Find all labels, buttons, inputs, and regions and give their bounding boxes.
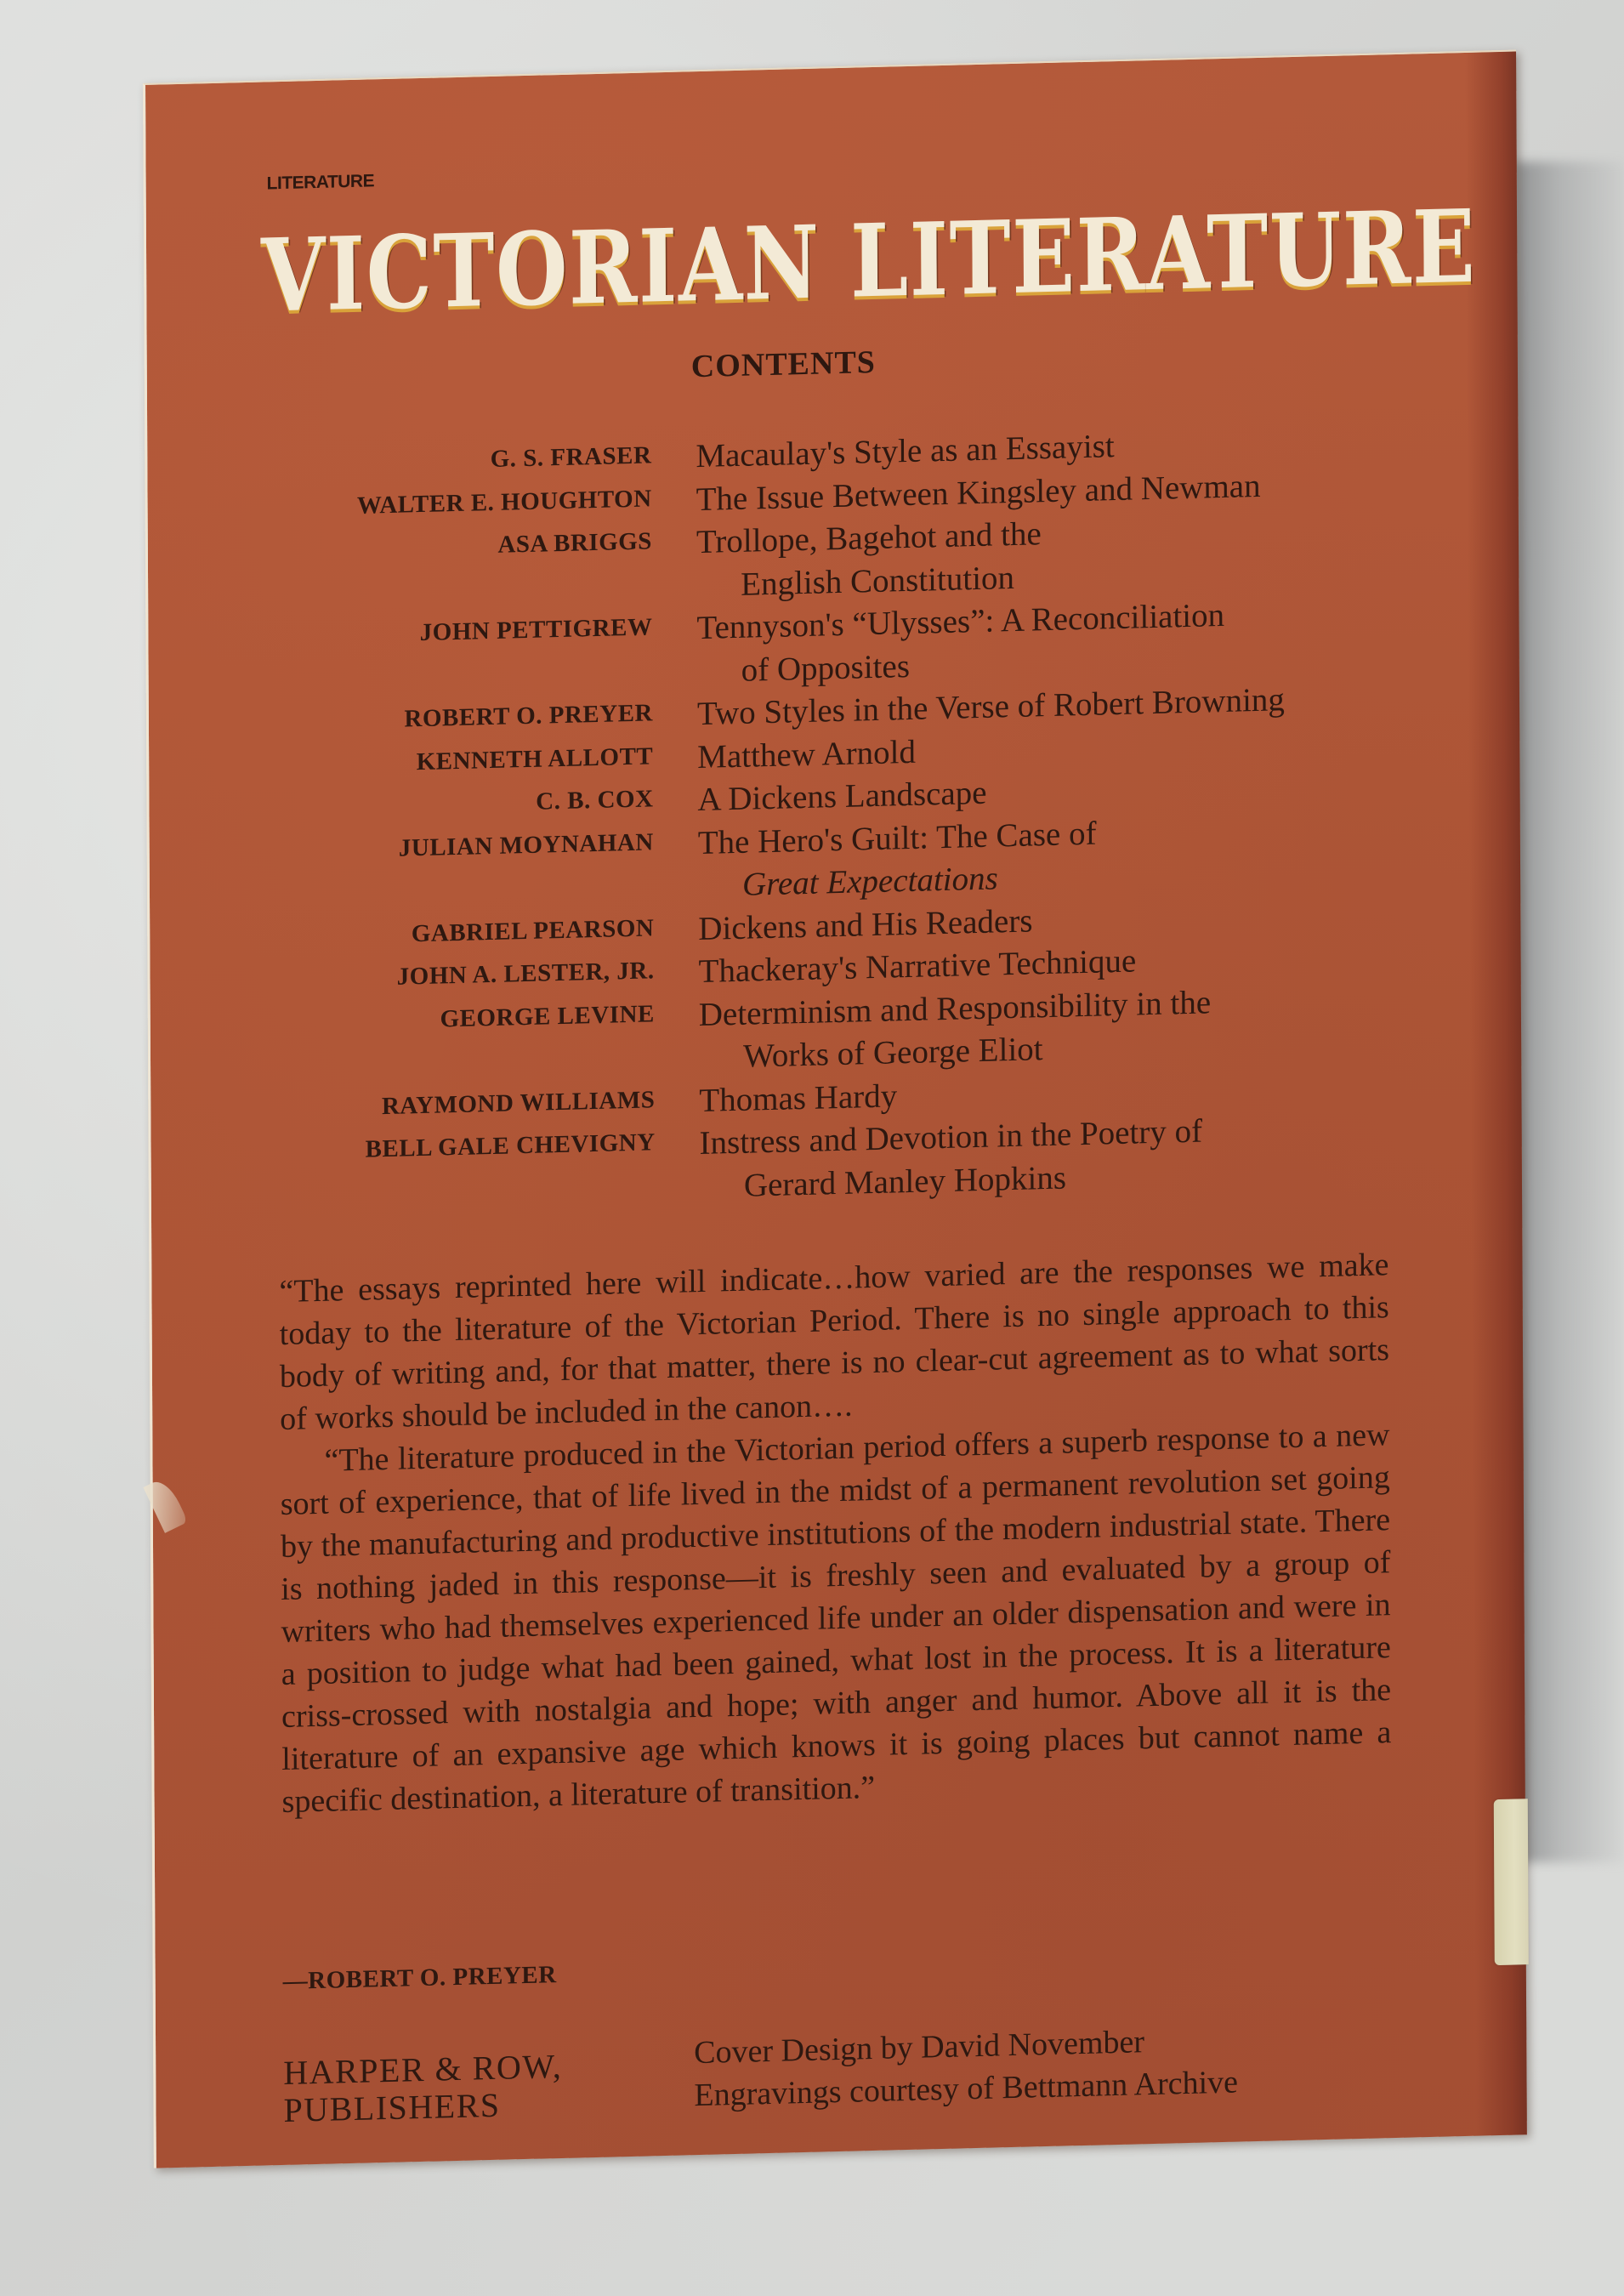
quote-paragraph-2: “The literature produced in the Victoria… [280, 1413, 1391, 1823]
toc-title-line: A Dickens Landscape [697, 775, 986, 818]
toc-title-line: Macaulay's Style as an Essayist [696, 428, 1114, 475]
toc-title-line: Dickens and His Readers [698, 902, 1032, 947]
toc-title-line: The Hero's Guilt: The Case of [698, 815, 1097, 861]
toc-title-line: Thackeray's Narrative Technique [698, 942, 1136, 990]
toc-author: G. S. Fraser [147, 436, 651, 481]
library-label-sticker [1494, 1799, 1529, 1965]
publisher-imprint: Harper & Row, Publishers [283, 2048, 563, 2129]
table-of-contents: G. S. Fraser Macaulay's Style as an Essa… [147, 416, 1512, 1222]
book-back-cover: LITERATURE VICTORIAN LITERATURE CONTENTS… [143, 50, 1527, 2168]
series-label: LITERATURE [267, 171, 375, 194]
blurb-quote: “The essays reprinted here will indicate… [279, 1243, 1391, 1823]
toc-title-line: Trollope, Bagehot and the [696, 515, 1042, 560]
book-title: VICTORIAN LITERATURE [261, 192, 1252, 334]
toc-title: Instress and Devotion in the Poetry ofGe… [699, 1104, 1465, 1208]
quote-attribution: —ROBERT O. PREYER [283, 1961, 557, 1996]
toc-title-line: Matthew Arnold [697, 733, 916, 775]
quote-paragraph-1: “The essays reprinted here will indicate… [279, 1243, 1389, 1441]
contents-heading: CONTENTS [691, 344, 876, 385]
toc-title-line: Thomas Hardy [699, 1077, 897, 1119]
toc-title-line: Determinism and Responsibility in the [699, 984, 1212, 1033]
publisher-name: Harper & Row, [283, 2048, 562, 2092]
toc-title-line: Instress and Devotion in the Poetry of [699, 1113, 1202, 1162]
publisher-label: Publishers [283, 2085, 562, 2129]
book-shadow [1513, 162, 1624, 1862]
cover-tear [143, 1476, 188, 1533]
cover-credits: Cover Design by David November Engraving… [694, 2019, 1238, 2117]
